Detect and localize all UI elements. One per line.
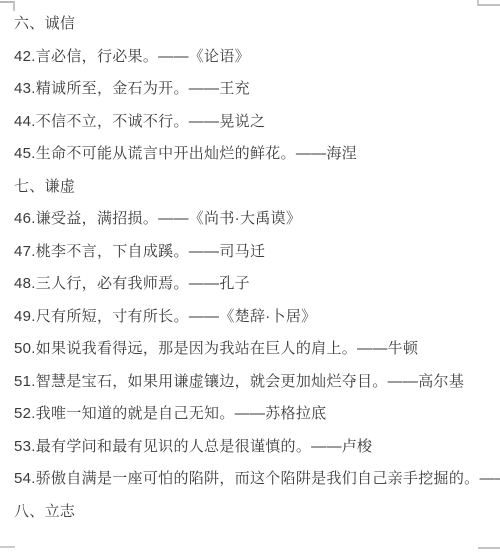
document-page: { "page": { "background": "#ffffff", "te… xyxy=(0,0,500,552)
quote-line-44: 44.不信不立，不诚不行。——晃说之 xyxy=(14,112,494,132)
quote-line-43: 43.精诚所至，金石为开。——王充 xyxy=(14,79,494,99)
page-corner-mark-bottom-right xyxy=(478,544,500,549)
quote-line-53: 53.最有学问和最有见识的人总是很谨慎的。——卢梭 xyxy=(14,437,494,457)
section-heading-ambition: 八、立志 xyxy=(14,502,494,522)
quote-line-46: 46.谦受益，满招损。——《尚书·大禹谟》 xyxy=(14,209,494,229)
quote-line-52: 52.我唯一知道的就是自己无知。——苏格拉底 xyxy=(14,404,494,424)
quote-line-47: 47.桃李不言，下自成蹊。——司马迁 xyxy=(14,242,494,262)
page-corner-mark-bottom-left xyxy=(0,543,15,548)
quote-line-51: 51.智慧是宝石，如果用谦虚镶边，就会更加灿烂夺目。——高尔基 xyxy=(14,372,494,392)
quote-line-45: 45.生命不可能从谎言中开出灿烂的鲜花。——海涅 xyxy=(14,144,494,164)
section-heading-modesty: 七、谦虚 xyxy=(14,177,494,197)
page-corner-mark-top-right xyxy=(477,0,500,6)
quote-line-48: 48.三人行，必有我师焉。——孔子 xyxy=(14,274,494,294)
quote-line-42: 42.言必信，行必果。——《论语》 xyxy=(14,47,494,67)
quote-list: 六、诚信 42.言必信，行必果。——《论语》 43.精诚所至，金石为开。——王充… xyxy=(14,14,494,534)
section-heading-integrity: 六、诚信 xyxy=(14,14,494,34)
quote-line-49: 49.尺有所短，寸有所长。——《楚辞·卜居》 xyxy=(14,307,494,327)
quote-line-54: 54.骄傲自满是一座可怕的陷阱，而这个陷阱是我们自己亲手挖掘的。——老舍 xyxy=(14,469,494,489)
page-corner-mark-top-left xyxy=(0,1,15,11)
quote-line-50: 50.如果说我看得远，那是因为我站在巨人的肩上。——牛顿 xyxy=(14,339,494,359)
